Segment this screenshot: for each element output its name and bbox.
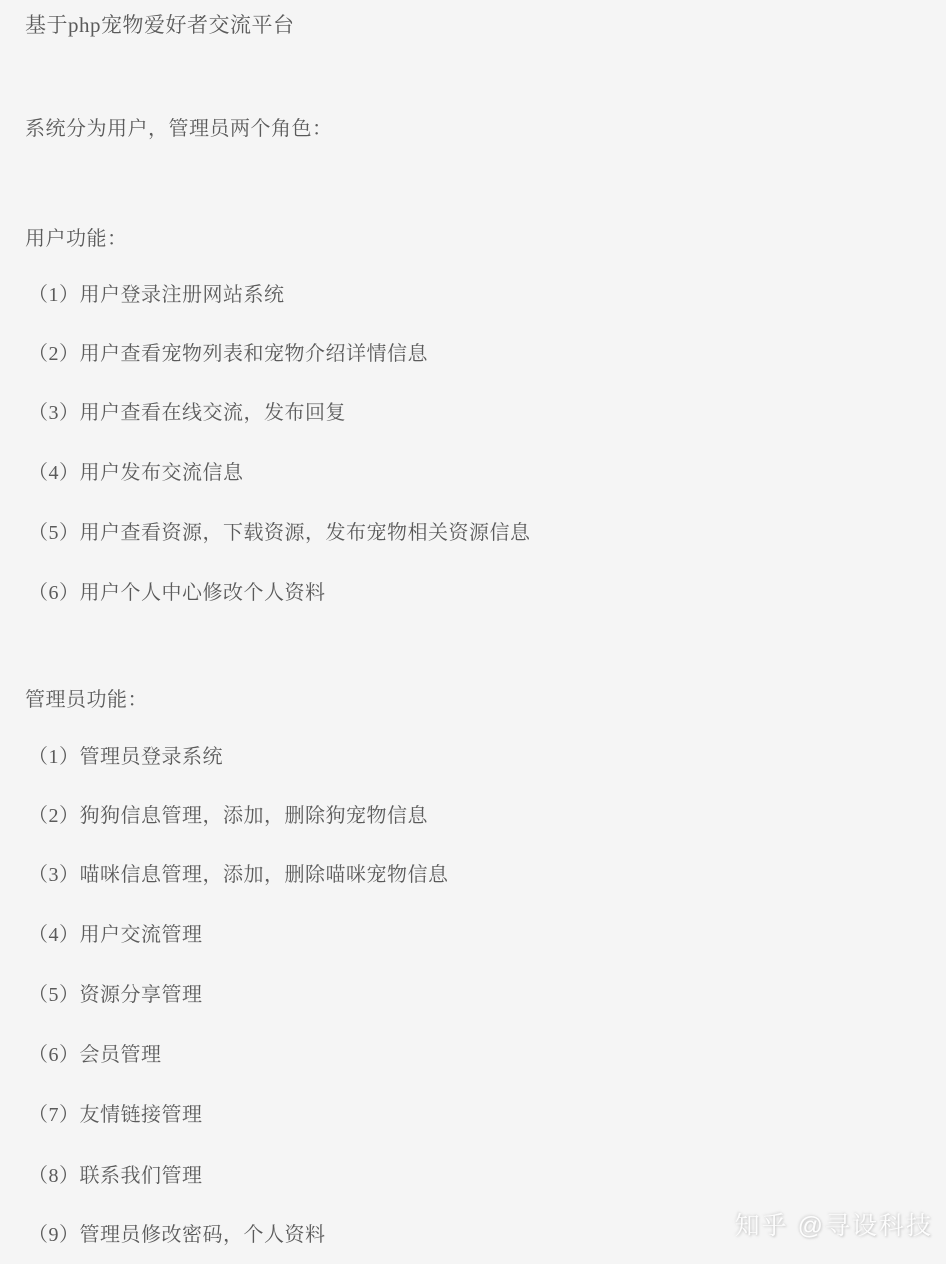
user-section-heading: 用户功能： bbox=[25, 226, 128, 252]
admin-section-heading: 管理员功能： bbox=[25, 687, 148, 713]
admin-item-4: （4）用户交流管理 bbox=[28, 922, 203, 948]
admin-item-6: （6）会员管理 bbox=[28, 1042, 162, 1068]
user-item-6: （6）用户个人中心修改个人资料 bbox=[28, 580, 326, 606]
roles-line: 系统分为用户，管理员两个角色： bbox=[25, 116, 333, 142]
document-page: 基于php宠物爱好者交流平台 系统分为用户，管理员两个角色： 用户功能： （1）… bbox=[0, 0, 946, 1264]
user-item-1: （1）用户登录注册网站系统 bbox=[28, 282, 285, 308]
admin-item-2: （2）狗狗信息管理，添加，删除狗宠物信息 bbox=[28, 803, 428, 829]
admin-item-9: （9）管理员修改密码，个人资料 bbox=[28, 1222, 326, 1248]
admin-item-8: （8）联系我们管理 bbox=[28, 1163, 203, 1189]
user-item-5: （5）用户查看资源，下载资源，发布宠物相关资源信息 bbox=[28, 520, 531, 546]
user-item-4: （4）用户发布交流信息 bbox=[28, 460, 244, 486]
admin-item-3: （3）喵咪信息管理，添加，删除喵咪宠物信息 bbox=[28, 862, 449, 888]
admin-item-5: （5）资源分享管理 bbox=[28, 982, 203, 1008]
page-title: 基于php宠物爱好者交流平台 bbox=[25, 12, 295, 38]
admin-item-1: （1）管理员登录系统 bbox=[28, 744, 223, 770]
user-item-2: （2）用户查看宠物列表和宠物介绍详情信息 bbox=[28, 341, 428, 367]
admin-item-7: （7）友情链接管理 bbox=[28, 1102, 203, 1128]
user-item-3: （3）用户查看在线交流，发布回复 bbox=[28, 400, 346, 426]
zhihu-watermark: 知乎 @寻设科技 bbox=[735, 1206, 933, 1242]
